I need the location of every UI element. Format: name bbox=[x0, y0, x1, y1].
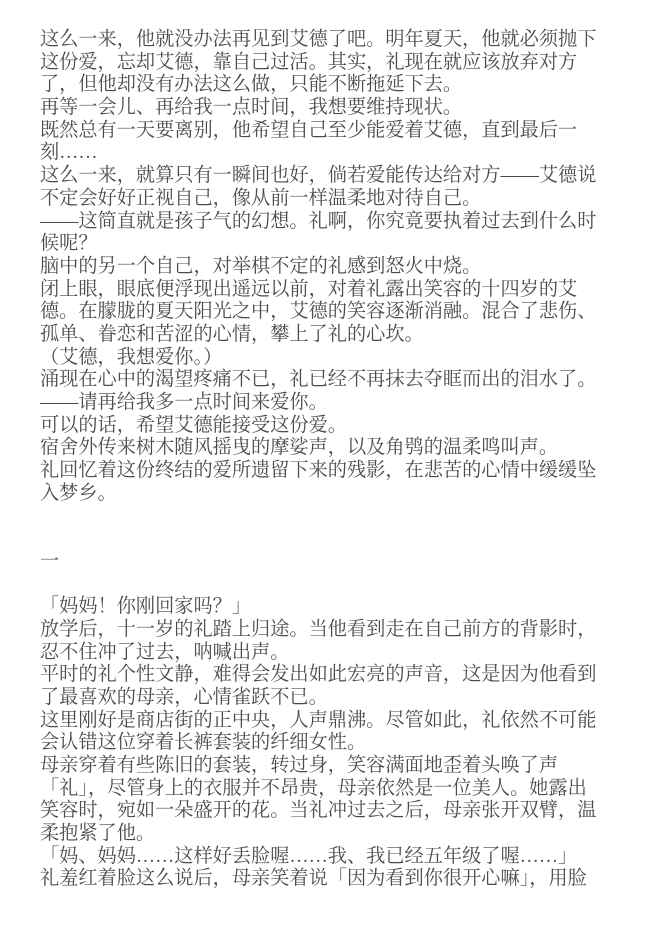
text-line: 平时的礼个性文静，难得会发出如此宏亮的声音，这是因为他看到 bbox=[40, 664, 622, 687]
text-line: 再等一会儿、再给我一点时间，我想要维持现状。 bbox=[40, 97, 622, 120]
text-line: 了，但他却没有办法这么做，只能不断拖延下去。 bbox=[40, 74, 622, 97]
text-line: ——请再给我多一点时间来爱你。 bbox=[40, 392, 622, 415]
text-line: 不定会好好正视自己，像从前一样温柔地对待自己。 bbox=[40, 188, 622, 211]
text-line: 笑容时，宛如一朵盛开的花。当礼冲过去之后，母亲张开双臂，温 bbox=[40, 800, 622, 823]
text-line: 可以的话，希望艾德能接受这份爱。 bbox=[40, 415, 622, 438]
text-line: 入梦乡。 bbox=[40, 483, 622, 506]
novel-page: 这么一来，他就没办法再见到艾德了吧。明年夏天，他就必须抛下 这份爱，忘却艾德，靠… bbox=[0, 0, 662, 935]
text-line: 孤单、眷恋和苦涩的心情，攀上了礼的心坎。 bbox=[40, 324, 622, 347]
text-line: 刻…… bbox=[40, 142, 622, 165]
blank-line bbox=[40, 505, 622, 528]
text-line: 柔抱紧了他。 bbox=[40, 823, 622, 846]
text-line: 闭上眼，眼底便浮现出遥远以前，对着礼露出笑容的十四岁的艾 bbox=[40, 279, 622, 302]
text-line: 涌现在心中的渴望疼痛不已，礼已经不再抹去夺眶而出的泪水了。 bbox=[40, 369, 622, 392]
text-line: 礼回忆着这份终结的爱所遗留下来的残影，在悲苦的心情中缓缓坠 bbox=[40, 460, 622, 483]
text-line: 放学后，十一岁的礼踏上归途。当他看到走在自己前方的背影时， bbox=[40, 619, 622, 642]
text-line: 「礼」，尽管身上的衣服并不昂贵，母亲依然是一位美人。她露出 bbox=[40, 778, 622, 801]
section-divider: 一 bbox=[40, 551, 622, 574]
text-line: 忍不住冲了过去，呐喊出声。 bbox=[40, 642, 622, 665]
blank-line bbox=[40, 574, 622, 597]
text-line: 会认错这位穿着长裤套装的纤细女性。 bbox=[40, 732, 622, 755]
text-line: 脑中的另一个自己，对举棋不定的礼感到怒火中烧。 bbox=[40, 256, 622, 279]
text-line: 母亲穿着有些陈旧的套装，转过身，笑容满面地歪着头唤了声 bbox=[40, 755, 622, 778]
text-line: 了最喜欢的母亲，心情雀跃不已。 bbox=[40, 687, 622, 710]
novel-text-block: 这么一来，他就没办法再见到艾德了吧。明年夏天，他就必须抛下 这份爱，忘却艾德，靠… bbox=[40, 29, 622, 891]
text-line: 既然总有一天要离别，他希望自己至少能爱着艾德，直到最后一 bbox=[40, 120, 622, 143]
text-line: 德。在朦胧的夏天阳光之中，艾德的笑容逐渐消融。混合了悲伤、 bbox=[40, 301, 622, 324]
text-line: 候呢？ bbox=[40, 233, 622, 256]
text-line: 「妈、妈妈……这样好丢脸喔……我、我已经五年级了喔……」 bbox=[40, 846, 622, 869]
text-line: 礼羞红着脸这么说后，母亲笑着说「因为看到你很开心嘛」，用脸 bbox=[40, 868, 622, 891]
text-line: ——这简直就是孩子气的幻想。礼啊，你究竟要执着过去到什么时 bbox=[40, 211, 622, 234]
text-line: （艾德，我想爱你。） bbox=[40, 347, 622, 370]
text-line: 这么一来，他就没办法再见到艾德了吧。明年夏天，他就必须抛下 bbox=[40, 29, 622, 52]
text-line: 「妈妈！你刚回家吗？」 bbox=[40, 596, 622, 619]
text-line: 这份爱，忘却艾德，靠自己过活。其实，礼现在就应该放弃对方 bbox=[40, 52, 622, 75]
text-line: 这里刚好是商店街的正中央，人声鼎沸。尽管如此，礼依然不可能 bbox=[40, 710, 622, 733]
blank-line bbox=[40, 528, 622, 551]
text-line: 宿舍外传来树木随风摇曳的摩娑声，以及角鸮的温柔鸣叫声。 bbox=[40, 437, 622, 460]
text-line: 这么一来，就算只有一瞬间也好，倘若爱能传达给对方——艾德说 bbox=[40, 165, 622, 188]
